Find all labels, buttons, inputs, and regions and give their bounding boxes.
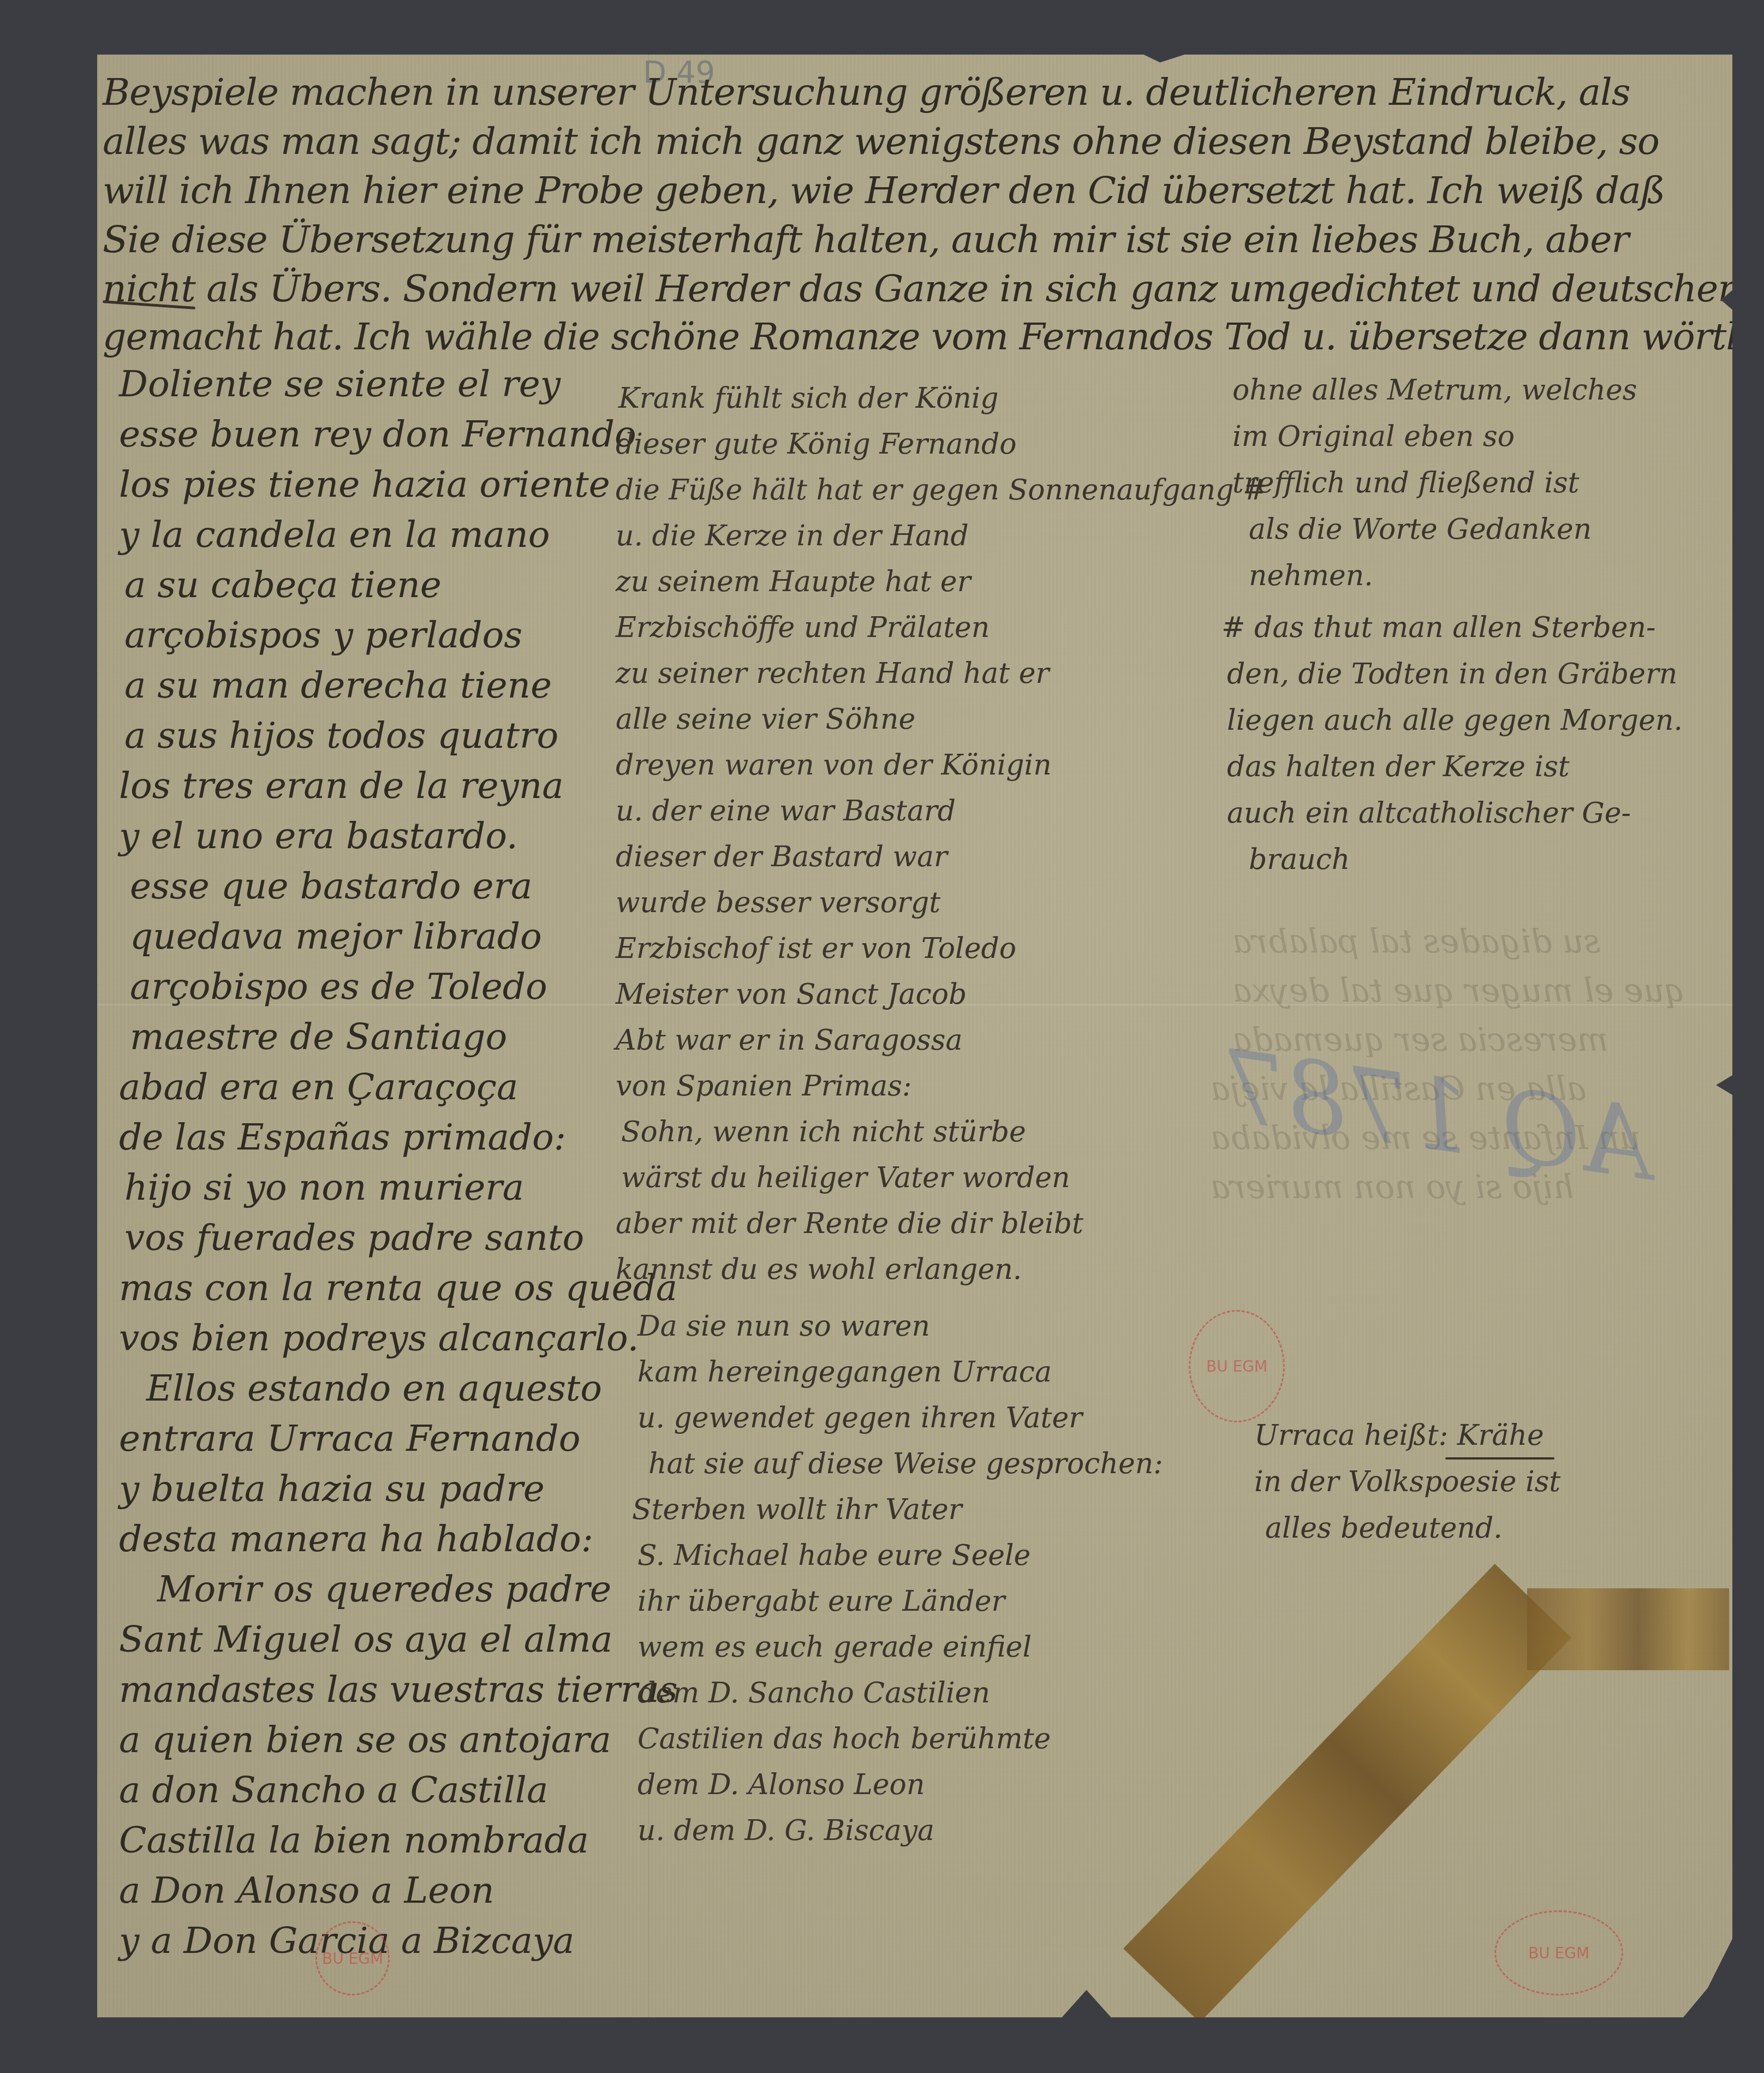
footnote-line: # das thut man allen Sterben- <box>1221 611 1656 644</box>
german-verse: Sohn, wenn ich nicht stürbe <box>621 1116 1026 1148</box>
footnote-line: das halten der Kerze ist <box>1227 750 1570 783</box>
intro-line: alles was man sagt; damit ich mich ganz … <box>103 120 1659 163</box>
german-verse: dieser gute König Fernando <box>616 428 1017 461</box>
spanish-verse: a su man derecha tiene <box>124 664 552 706</box>
note-line: nehmen. <box>1249 559 1373 592</box>
spanish-verse: Doliente se siente el rey <box>119 363 561 405</box>
spanish-verse: a sus hijos todos quatro <box>124 714 558 756</box>
german-verse: kam hereingegangen Urraca <box>637 1356 1052 1389</box>
german-verse: dem D. Sancho Castilien <box>637 1677 990 1709</box>
spanish-verse: Morir os queredes padre <box>157 1568 611 1610</box>
spanish-verse: los pies tiene hazia oriente <box>119 463 610 505</box>
german-verse: dieser der Bastard war <box>616 841 947 873</box>
german-verse: S. Michael habe eure Seele <box>637 1539 1030 1572</box>
german-verse: alle seine vier Söhne <box>616 703 915 736</box>
bleed-line: su digades tal palabra <box>1232 922 1600 961</box>
note-line: trefflich und fließend ist <box>1232 467 1579 499</box>
footnote-line: liegen auch alle gegen Morgen. <box>1227 704 1683 737</box>
footnote-line: auch ein altcatholischer Ge- <box>1227 797 1631 830</box>
german-verse: von Spanien Primas: <box>616 1070 912 1103</box>
german-verse: hat sie auf diese Weise gesprochen: <box>648 1447 1163 1480</box>
note-line: im Original eben so <box>1232 420 1515 453</box>
spanish-verse: mandastes las vuestras tierras <box>119 1669 678 1711</box>
repair-tape-patch <box>1527 1588 1729 1670</box>
german-verse: wurde besser versorgt <box>616 886 940 919</box>
spanish-verse: vos fuerades padre santo <box>124 1217 584 1259</box>
spanish-verse: los tres eran de la reyna <box>119 765 564 807</box>
intro-line: gemacht hat. Ich wähle die schöne Romanz… <box>103 315 1764 359</box>
spanish-verse: mas con la renta que os queda <box>119 1267 677 1309</box>
spanish-verse: a Don Alonso a Leon <box>119 1869 494 1911</box>
library-stamp: BU EGM <box>315 1921 390 1995</box>
spanish-verse: Castilla la bien nombrada <box>119 1819 589 1861</box>
spanish-verse: y el uno era bastardo. <box>119 815 518 857</box>
spanish-verse: abad era en Çaraçoça <box>119 1066 518 1108</box>
german-verse: Da sie nun so waren <box>637 1310 930 1343</box>
underline-mark <box>1445 1457 1554 1460</box>
spanish-verse: arçobispos y perlados <box>124 614 522 656</box>
german-verse: dreyen waren von der Königin <box>616 749 1052 782</box>
german-verse: wärst du heiliger Vater worden <box>621 1161 1070 1194</box>
bleed-line: que el muger que tal deyxa <box>1232 972 1685 1010</box>
spanish-verse: arçobispo es de Toledo <box>130 966 547 1008</box>
german-verse: u. gewendet gegen ihren Vater <box>637 1402 1082 1434</box>
german-verse: zu seiner rechten Hand hat er <box>616 657 1049 690</box>
german-verse: Abt war er in Saragossa <box>616 1024 962 1057</box>
manuscript-sheet: su digades tal palabra que el muger que … <box>97 55 1732 2017</box>
german-verse: Meister von Sanct Jacob <box>616 978 967 1011</box>
german-verse: dem D. Alonso Leon <box>637 1768 925 1801</box>
german-verse: die Füße hält hat er gegen Sonnenaufgang… <box>616 474 1267 507</box>
german-verse: Erzbischof ist er von Toledo <box>616 932 1016 965</box>
footnote-line: brauch <box>1249 843 1350 876</box>
spanish-verse: y buelta hazia su padre <box>119 1468 545 1510</box>
german-verse: Castilien das hoch berühmte <box>637 1723 1051 1755</box>
intro-line: nicht als Übers. Sondern weil Herder das… <box>103 267 1735 311</box>
note-line: Urraca heißt: Krähe <box>1254 1419 1544 1452</box>
spanish-verse: a su cabeça tiene <box>124 564 442 606</box>
german-verse: ihr übergabt eure Länder <box>637 1585 1005 1618</box>
german-verse: u. dem D. G. Biscaya <box>637 1814 934 1847</box>
library-stamp: BU EGM <box>1189 1310 1285 1422</box>
spanish-verse: y la candela en la mano <box>119 514 550 556</box>
german-verse: aber mit der Rente die dir bleibt <box>616 1207 1083 1240</box>
note-line: in der Volkspoesie ist <box>1254 1466 1560 1498</box>
footnote-line: den, die Todten in den Gräbern <box>1227 658 1677 690</box>
german-verse: zu seinem Haupte hat er <box>616 565 970 598</box>
spanish-verse: maestre de Santiago <box>130 1016 507 1058</box>
note-line: als die Worte Gedanken <box>1249 513 1592 546</box>
library-stamp: BU EGM <box>1494 1910 1623 1995</box>
spanish-verse: esse que bastardo era <box>130 865 532 907</box>
german-verse: wem es euch gerade einfiel <box>637 1631 1032 1664</box>
intro-line: Sie diese Übersetzung für meisterhaft ha… <box>103 218 1629 261</box>
spanish-verse: Sant Miguel os aya el alma <box>119 1618 612 1660</box>
german-verse: Krank fühlt sich der König <box>618 382 999 415</box>
spanish-verse: a don Sancho a Castilla <box>119 1769 548 1811</box>
spanish-verse: vos bien podreys alcançarlo. <box>119 1317 639 1359</box>
german-verse: u. der eine war Bastard <box>616 795 956 827</box>
note-line: ohne alles Metrum, welches <box>1232 374 1637 407</box>
spanish-verse: de las Españas primado: <box>119 1116 566 1158</box>
intro-line: Beyspiele machen in unserer Untersuchung… <box>103 71 1630 114</box>
intro-line: will ich Ihnen hier eine Probe geben, wi… <box>103 169 1665 212</box>
spanish-verse: quedava mejor librado <box>130 915 542 957</box>
german-verse: kannst du es wohl erlangen. <box>616 1253 1022 1286</box>
spanish-verse: hijo si yo non muriera <box>124 1166 524 1208</box>
note-line: alles bedeutend. <box>1265 1512 1503 1545</box>
german-verse: Erzbischöffe und Prälaten <box>616 611 990 644</box>
spanish-verse: a quien bien se os antojara <box>119 1719 611 1761</box>
german-verse: u. die Kerze in der Hand <box>616 520 969 552</box>
spanish-verse: Ellos estando en aquesto <box>146 1367 602 1409</box>
spanish-verse: esse buen rey don Fernando <box>119 413 636 455</box>
spanish-verse: desta manera ha hablado: <box>119 1518 593 1560</box>
german-verse: Sterben wollt ihr Vater <box>632 1493 962 1526</box>
spanish-verse: entrara Urraca Fernando <box>119 1417 580 1460</box>
